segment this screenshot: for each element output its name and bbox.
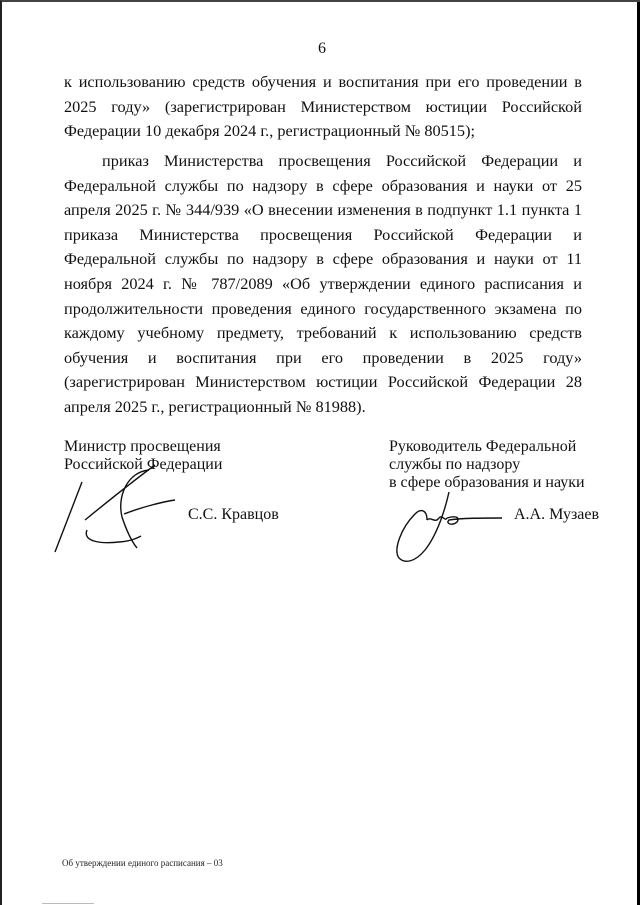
document-page: 6 к использованию средств обучения и вос… [0,0,640,905]
signatory-right-title-line: Руководитель Федеральной [389,438,585,456]
paragraph-order-344-939: приказ Министерства просвещения Российск… [64,149,582,420]
signature-muzaev-icon [387,490,507,570]
signatory-right-name: А.А. Музаев [514,506,599,524]
signatory-right-title-line: службы по надзору [389,456,585,474]
signatory-right-title: Руководитель Федеральной службы по надзо… [389,438,585,492]
signature-kravtsov-icon [47,462,177,562]
signatory-left-name: С.С. Кравцов [188,506,279,524]
scan-artifact-line [42,903,94,904]
paragraph-continuation: к использованию средств обучения и воспи… [64,70,582,144]
signatory-left-title-line: Министр просвещения [64,438,222,456]
footer-note: Об утверждении единого расписания – 03 [62,858,223,868]
page-number: 6 [2,40,640,58]
